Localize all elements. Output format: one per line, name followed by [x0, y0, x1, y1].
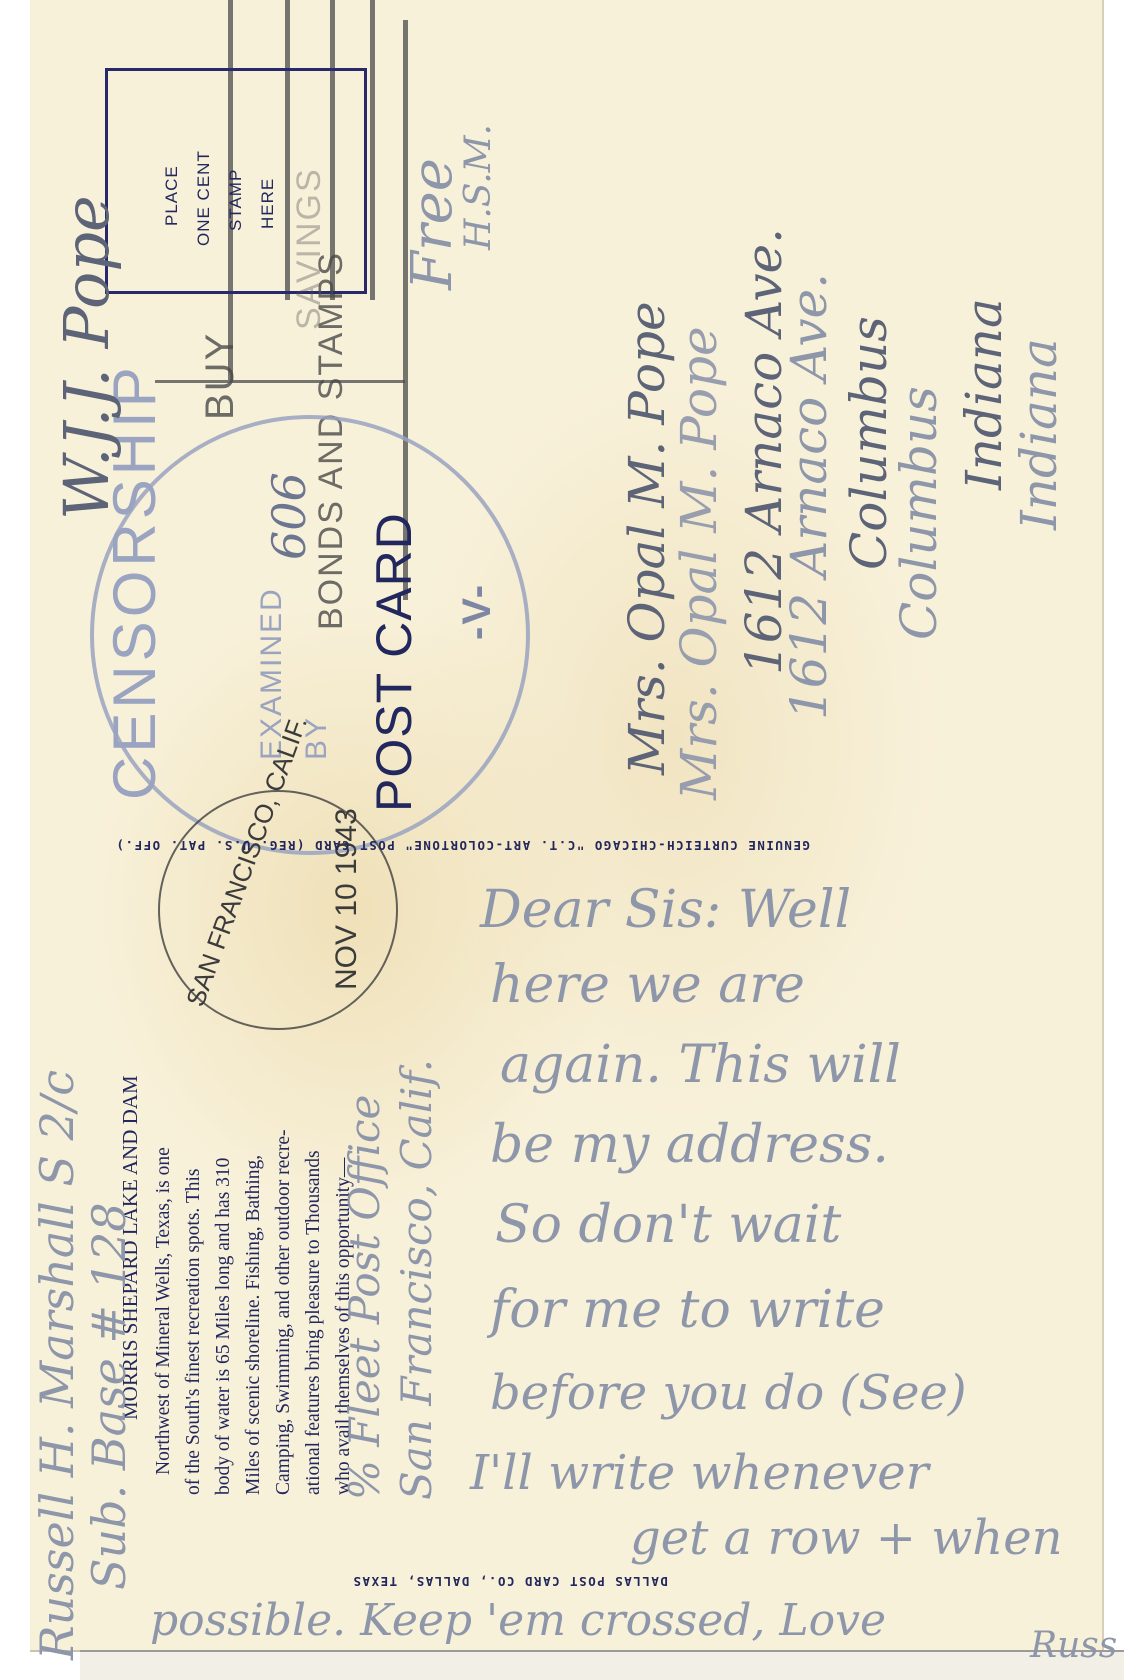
free-frank: Free	[400, 158, 465, 290]
description-line: Miles of scenic shoreline. Fishing, Bath…	[238, 1155, 269, 1495]
stamp-line-here: HERE	[254, 178, 282, 229]
recipient-street-traced: 1612 Arnaco Ave.	[780, 273, 838, 720]
stamp-line-stamp: STAMP	[222, 169, 250, 231]
publisher-credit: DALLAS POST CARD CO., DALLAS, TEXAS	[352, 1574, 668, 1589]
recipient-name: Mrs. Opal M. Pope	[618, 301, 676, 775]
message-line: be my address.	[490, 1115, 889, 1175]
printer-credit: GENUINE CURTEICH-CHICAGO "C.T. ART-COLOR…	[115, 838, 810, 853]
message-line: before you do (See)	[490, 1365, 967, 1421]
postmark-date: NOV 10 1943	[330, 808, 364, 990]
sender-signature: W.J.J. Pope	[50, 195, 123, 520]
stamp-line-one-cent: ONE CENT	[190, 150, 218, 246]
description-line: Northwest of Mineral Wells, Texas, is on…	[148, 1147, 179, 1475]
censor-number: 606	[262, 472, 316, 560]
post-card-heading: POST CARD	[365, 512, 423, 812]
cancel-bar	[370, 0, 375, 300]
cancel-bar	[155, 380, 405, 383]
recipient-city-traced: Columbus	[890, 386, 948, 640]
description-line: ational features bring pleasure to Thous…	[298, 1150, 329, 1495]
return-address-line: Sub. Base # 128	[82, 1203, 136, 1590]
message-line: Dear Sis: Well	[480, 880, 851, 940]
return-address-line: % Fleet Post Office	[340, 1095, 389, 1500]
message-line: I'll write whenever	[470, 1445, 929, 1501]
return-address-line: San Francisco, Calif.	[392, 1059, 441, 1500]
recipient-state: Indiana	[955, 298, 1013, 490]
description-line: of the South's finest recreation spots. …	[178, 1169, 209, 1495]
victory-v-symbol: -V-	[455, 583, 500, 640]
underlying-card-edge	[80, 1650, 1124, 1680]
message-line: here we are	[490, 955, 805, 1015]
description-line: Camping, Swimming, and other outdoor rec…	[268, 1129, 299, 1495]
free-frank-note: H.S.M.	[458, 124, 499, 250]
recipient-name-traced: Mrs. Opal M. Pope	[670, 326, 728, 800]
description-line: body of water is 65 Miles long and has 3…	[208, 1158, 239, 1495]
message-line: get a row + when	[630, 1510, 1063, 1566]
message-line: for me to write	[490, 1280, 885, 1340]
message-line: So don't wait	[495, 1195, 841, 1255]
cancel-slogan-buy: BUY	[198, 332, 243, 420]
message-line: possible. Keep 'em crossed, Love	[150, 1595, 886, 1646]
message-line: again. This will	[500, 1035, 901, 1095]
recipient-state-traced: Indiana	[1010, 338, 1068, 530]
stamp-line-place: PLACE	[158, 165, 186, 226]
message-signature: Russ	[1030, 1625, 1117, 1666]
return-address-line: Russell H. Marshall S 2/c	[30, 1070, 84, 1660]
cancel-slogan-savings: SAVINGS	[290, 167, 329, 330]
